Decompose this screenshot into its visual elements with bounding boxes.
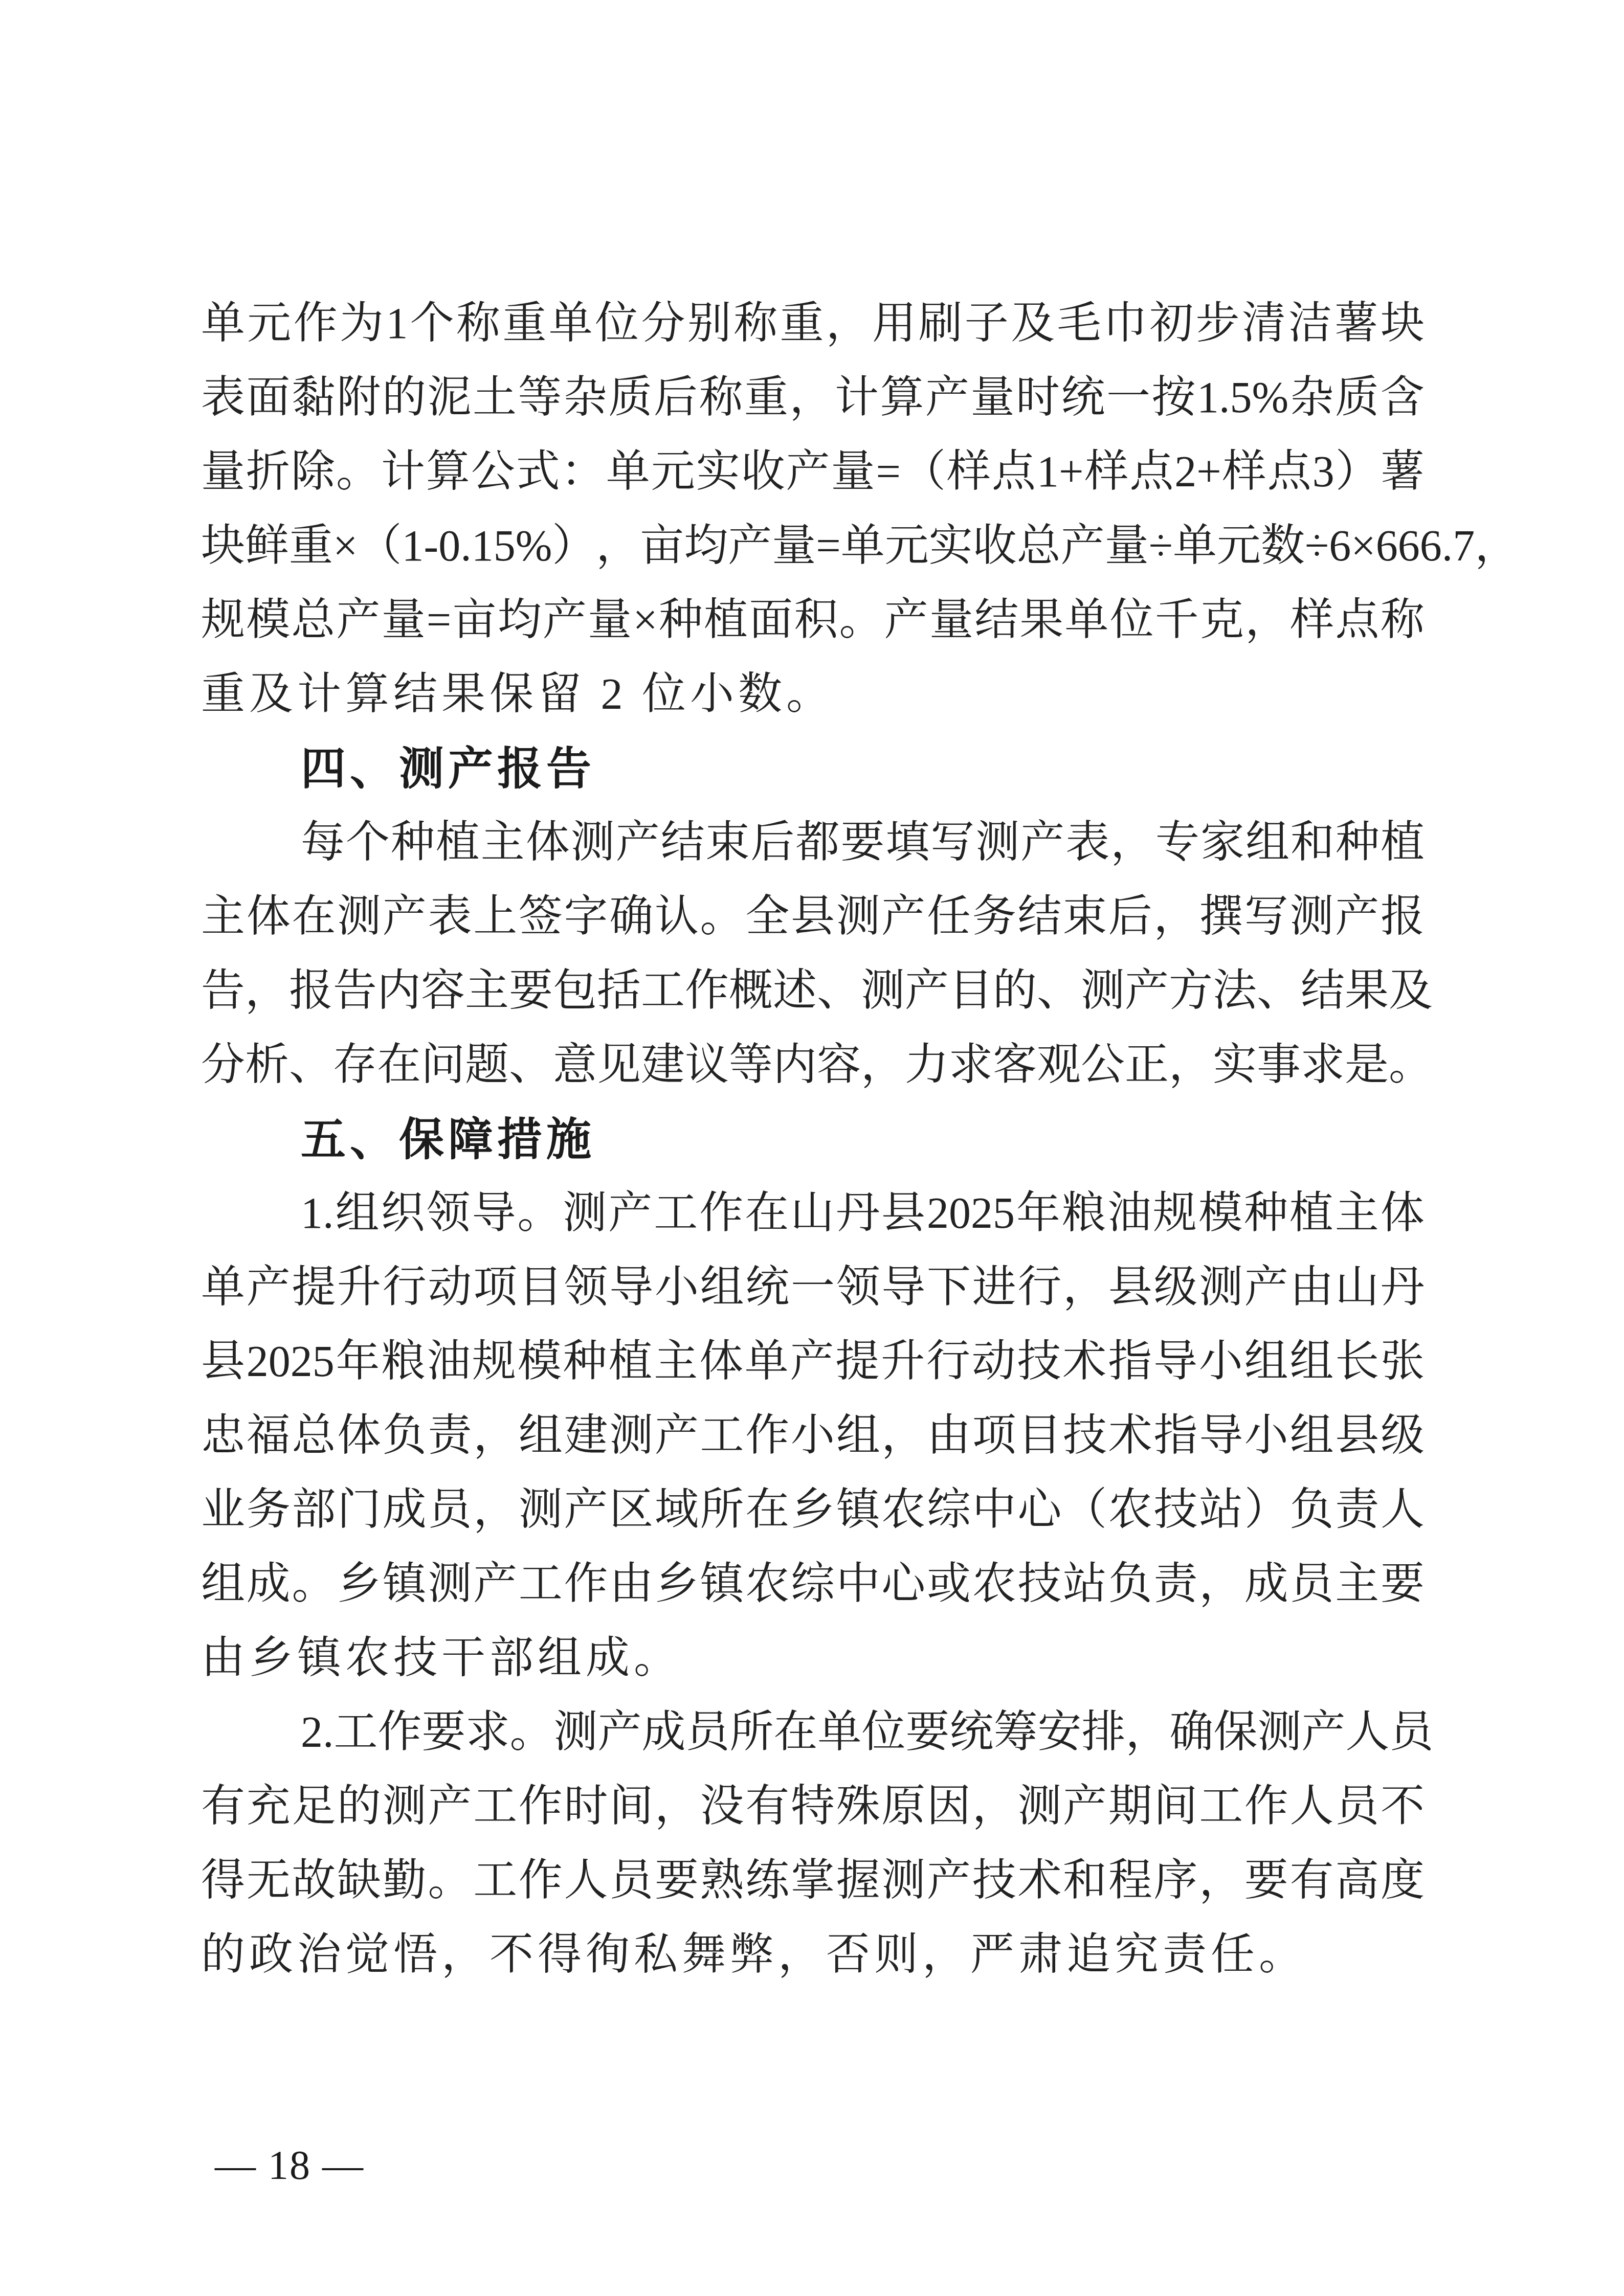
- text-token: 小: [1244, 1399, 1288, 1473]
- text-token: 组: [1244, 1324, 1288, 1399]
- text-token: 实: [696, 435, 740, 509]
- text-token: 人: [564, 1843, 608, 1918]
- text-token: 位: [862, 1695, 906, 1769]
- text-token: 初: [1149, 286, 1193, 361]
- text-token: 体: [699, 1324, 743, 1399]
- text-token: 杂: [563, 361, 607, 435]
- text-token: 单: [745, 1324, 789, 1399]
- text-token: 务: [247, 1473, 291, 1547]
- text-token: 按: [1152, 361, 1196, 435]
- text-token: 要: [509, 954, 553, 1028]
- text-token: 重: [780, 286, 824, 361]
- text-token: 得: [201, 1843, 245, 1918]
- text-token: 无: [247, 1843, 291, 1918]
- text-token: 见: [597, 1028, 641, 1102]
- text-token: 主: [1335, 1176, 1379, 1250]
- text-token: 报: [1381, 880, 1425, 954]
- text-token: ，: [1126, 1695, 1170, 1769]
- text-token: 产: [927, 1843, 971, 1918]
- text-token: 为: [340, 286, 384, 361]
- text-token: 议: [685, 1028, 729, 1102]
- text-token: 殊: [836, 1769, 880, 1843]
- text-token: 农: [972, 1547, 1016, 1621]
- text-token: 鲜: [245, 509, 289, 583]
- text-token: 程: [1108, 1843, 1152, 1918]
- text-token: 高: [1335, 1843, 1379, 1918]
- text-token: 项: [473, 1250, 517, 1324]
- text-token: 总: [1017, 509, 1061, 583]
- text-token: 产: [884, 583, 928, 657]
- text-line: 表面黏附的泥土等杂质后称重，计算产量时统一按1.5%杂质含: [201, 361, 1425, 435]
- text-token: 容: [817, 1028, 861, 1102]
- text-token: 有: [1290, 1843, 1334, 1918]
- text-token: 组: [201, 1547, 245, 1621]
- text-token: 测: [337, 880, 381, 954]
- text-token: 。: [292, 1547, 336, 1621]
- text-token: 负: [383, 1399, 427, 1473]
- text-token: 。: [510, 1695, 554, 1769]
- text-token: 导: [609, 1250, 653, 1324]
- text-token: 主: [201, 880, 245, 954]
- text-token: 门: [337, 1473, 381, 1547]
- text-token: 毛: [1057, 286, 1101, 361]
- text-token: 后: [751, 805, 795, 880]
- text-token: 种: [1244, 1176, 1288, 1250]
- text-token: 土: [473, 361, 517, 435]
- text-token: ，: [881, 1399, 925, 1473]
- text-token: 。: [428, 1843, 472, 1918]
- text-token: 总: [292, 1399, 336, 1473]
- text-token: 所: [730, 1695, 774, 1769]
- text-token: 签: [519, 880, 563, 954]
- text-token: 导: [1153, 1324, 1197, 1399]
- text-token: 升: [881, 1324, 925, 1399]
- text-token: 体: [526, 805, 570, 880]
- text-token: 及: [1011, 286, 1055, 361]
- text-token: 领: [564, 1250, 608, 1324]
- text-token: 镇: [836, 1473, 880, 1547]
- text-token: 指: [1108, 1324, 1152, 1399]
- text-token: 元: [885, 509, 929, 583]
- text-line: 块鲜重×（1-0.15%），亩均产量=单元实收总产量÷单元数÷6×666.7，: [201, 509, 1425, 583]
- text-token: 写: [1244, 880, 1288, 954]
- text-token: 产: [1020, 805, 1064, 880]
- text-token: 镇: [700, 1547, 744, 1621]
- text-token: 术: [1108, 1399, 1152, 1473]
- text-token: 单: [1064, 583, 1108, 657]
- text-token: 要: [1244, 1843, 1288, 1918]
- text-token: 主: [1335, 1547, 1379, 1621]
- text-token: 质: [609, 361, 653, 435]
- text-line: 主体在测产表上签字确认。全县测产任务结束后，撰写测产报: [201, 880, 1425, 954]
- text-token: 6: [1329, 509, 1351, 583]
- text-token: 产: [1125, 954, 1169, 1028]
- text-token: 植: [608, 1324, 652, 1399]
- text-token: 附: [337, 361, 381, 435]
- text-token: 要: [906, 1695, 950, 1769]
- text-line: 组成。乡镇测产工作由乡镇农综中心或农技站负责，成员主要: [201, 1547, 1425, 1621]
- text-token: 克: [1200, 583, 1244, 657]
- text-token: 666.7: [1376, 509, 1475, 583]
- text-token: 束: [1063, 880, 1107, 954]
- text-token: 量: [382, 583, 426, 657]
- text-token: 面: [247, 361, 291, 435]
- section-heading: 五、保障措施: [201, 1102, 1425, 1176]
- text-token: ，: [1153, 880, 1197, 954]
- text-token: 式: [516, 435, 560, 509]
- text-token: 足: [292, 1769, 336, 1843]
- text-token: 和: [1291, 805, 1334, 880]
- text-token: 产: [925, 361, 969, 435]
- text-token: 量: [971, 361, 1015, 435]
- text-token: 求: [466, 1695, 510, 1769]
- text-token: 提: [292, 1250, 336, 1324]
- text-token: 家: [1200, 805, 1244, 880]
- text-token: 量: [929, 583, 973, 657]
- text-token: 主: [654, 1324, 698, 1399]
- text-token: 黏: [292, 361, 336, 435]
- text-token: 组: [1245, 805, 1289, 880]
- text-token: 公: [1081, 1028, 1125, 1102]
- text-token: ×: [333, 509, 358, 583]
- text-token: 统: [950, 1695, 994, 1769]
- text-token: 组: [519, 1399, 563, 1473]
- text-token: 动: [428, 1250, 472, 1324]
- text-token: 洁: [1288, 286, 1332, 361]
- text-token: 由: [1290, 1250, 1334, 1324]
- text-token: 存: [333, 1028, 377, 1102]
- text-token: 成: [247, 1547, 291, 1621]
- text-token: 含: [1381, 361, 1425, 435]
- text-token: 心: [881, 1547, 925, 1621]
- text-token: 测: [519, 1473, 563, 1547]
- text-token: 。: [839, 583, 883, 657]
- text-token: 称: [699, 361, 743, 435]
- text-token: ，: [1199, 1843, 1243, 1918]
- text-token: 填: [885, 805, 929, 880]
- text-token: 测: [609, 1399, 653, 1473]
- text-token: 粮: [1062, 1176, 1106, 1250]
- text-token: 块: [201, 509, 245, 583]
- text-token: 产: [881, 880, 925, 954]
- text-token: 产: [728, 509, 772, 583]
- text-token: 包: [553, 954, 597, 1028]
- text-token: 级: [1381, 1399, 1425, 1473]
- text-token: 要: [655, 1843, 699, 1918]
- text-token: 小: [655, 1250, 699, 1324]
- text-token: 练: [745, 1843, 789, 1918]
- text-token: 产: [1061, 509, 1105, 583]
- text-token: 作: [699, 1176, 743, 1250]
- text-token: 数: [1261, 509, 1305, 583]
- text-token: 计: [381, 435, 425, 509]
- text-token: 方: [1169, 954, 1213, 1028]
- text-token: 2025: [927, 1176, 1015, 1250]
- text-token: 产: [247, 1250, 291, 1324]
- text-token: 农: [881, 1473, 925, 1547]
- text-token: 薯: [1334, 286, 1378, 361]
- text-token: 的: [993, 954, 1037, 1028]
- text-token: 植: [1381, 805, 1425, 880]
- text-token: 。: [1389, 1028, 1433, 1102]
- text-token: 单: [841, 509, 885, 583]
- text-token: 缺: [337, 1843, 381, 1918]
- text-token: 单: [818, 1695, 862, 1769]
- text-token: 要: [1381, 1547, 1425, 1621]
- text-token: 组: [700, 1250, 744, 1324]
- text-token: 亩: [453, 583, 497, 657]
- text-token: 熟: [700, 1843, 744, 1918]
- text-token: 指: [1153, 1399, 1197, 1473]
- text-token: 产: [383, 880, 427, 954]
- text-token: 在: [745, 1473, 789, 1547]
- text-token: 工: [519, 1547, 563, 1621]
- text-token: 测: [428, 1547, 472, 1621]
- text-token: 薯: [1381, 435, 1425, 509]
- text-token: 。: [517, 1176, 561, 1250]
- text-token: 量: [588, 583, 632, 657]
- text-token: 收: [973, 509, 1017, 583]
- text-token: 都: [795, 805, 839, 880]
- text-token: 等: [518, 361, 562, 435]
- text-token: ×: [1351, 509, 1376, 583]
- text-token: 业: [201, 1473, 245, 1547]
- text-token: 行: [926, 1324, 970, 1399]
- text-token: 镇: [383, 1547, 427, 1621]
- text-token: 意: [553, 1028, 597, 1102]
- text-token: 作: [378, 1695, 422, 1769]
- text-token: 技: [972, 1843, 1016, 1918]
- text-token: 植: [1289, 1176, 1333, 1250]
- text-token: 产: [598, 1695, 642, 1769]
- text-token: 筹: [994, 1695, 1038, 1769]
- text-token: 等: [729, 1028, 773, 1102]
- text-token: 丹: [1381, 1250, 1425, 1324]
- text-token: ，: [826, 286, 870, 361]
- text-line: 单产提升行动项目领导小组统一领导下进行，县级测产由山丹: [201, 1250, 1425, 1324]
- text-line: 分析、存在问题、意见建议等内容，力求客观公正，实事求是。: [201, 1028, 1425, 1102]
- text-token: 间: [1153, 1769, 1197, 1843]
- text-token: 农: [1108, 1473, 1152, 1547]
- text-token: （: [358, 509, 402, 583]
- text-token: 农: [745, 1547, 789, 1621]
- text-token: 实: [1213, 1028, 1257, 1102]
- text-token: ，: [1110, 805, 1154, 880]
- text-token: ）: [1336, 435, 1380, 509]
- text-token: 表: [201, 361, 245, 435]
- text-token: =: [427, 583, 452, 657]
- text-token: 主: [465, 954, 509, 1028]
- text-token: 特: [791, 1769, 835, 1843]
- text-token: 产: [655, 1399, 699, 1473]
- text-token: 力: [905, 1028, 949, 1102]
- text-token: 模: [518, 1324, 562, 1399]
- text-token: 均: [684, 509, 728, 583]
- text-token: ：: [561, 435, 605, 509]
- text-line: 业务部门成员，测产区域所在乡镇农综中心（农技站）负责人: [201, 1473, 1425, 1547]
- text-token: 元: [651, 435, 695, 509]
- text-token: 综: [927, 1473, 971, 1547]
- text-token: 提: [835, 1324, 879, 1399]
- text-token: 站: [1199, 1473, 1243, 1547]
- text-token: 组: [836, 1399, 880, 1473]
- text-token: ，: [972, 1769, 1016, 1843]
- text-token: 正: [1125, 1028, 1169, 1102]
- text-token: 心: [1017, 1473, 1061, 1547]
- text-token: 求: [949, 1028, 993, 1102]
- text-token: 组: [1289, 1324, 1333, 1399]
- text-token: （: [902, 435, 946, 509]
- text-token: 内: [377, 954, 421, 1028]
- text-token: 小: [791, 1399, 835, 1473]
- text-token: 量: [772, 509, 816, 583]
- text-token: 粮: [381, 1324, 425, 1399]
- text-token: 导: [1199, 1399, 1243, 1473]
- text-token: 员: [1390, 1695, 1434, 1769]
- text-token: 组: [1290, 1399, 1334, 1473]
- text-token: 测: [1258, 1695, 1302, 1769]
- text-token: 员: [1335, 1769, 1379, 1843]
- text-token: 量: [201, 435, 245, 509]
- text-token: ，: [1199, 1547, 1243, 1621]
- text-token: 产: [1063, 1769, 1107, 1843]
- text-token: 模: [246, 583, 290, 657]
- text-token: 2+: [1174, 435, 1221, 509]
- text-token: 忠: [201, 1399, 245, 1473]
- text-token: 结: [974, 583, 1018, 657]
- text-token: 表: [428, 880, 472, 954]
- text-token: 一: [1106, 361, 1150, 435]
- text-token: 测: [1081, 954, 1125, 1028]
- text-token: 客: [993, 1028, 1037, 1102]
- text-token: 规: [472, 1324, 516, 1399]
- page-footer: — 18 —: [215, 2137, 364, 2194]
- text-token: 技: [1063, 1399, 1107, 1473]
- text-token: 主: [481, 805, 525, 880]
- text-token: 域: [655, 1473, 699, 1547]
- text-token: 油: [1107, 1176, 1151, 1250]
- text-token: 束: [706, 805, 750, 880]
- text-token: 千: [1155, 583, 1199, 657]
- text-token: 测: [1199, 1250, 1243, 1324]
- text-token: 元: [1217, 509, 1261, 583]
- text-token: 面: [749, 583, 793, 657]
- text-token: ，: [473, 1473, 517, 1547]
- text-token: 法: [1213, 954, 1257, 1028]
- text-token: 作: [294, 286, 338, 361]
- text-token: 因: [927, 1769, 971, 1843]
- text-token: 作: [685, 954, 729, 1028]
- text-token: ，: [473, 1399, 517, 1473]
- text-token: ，: [1475, 509, 1519, 583]
- text-token: 原: [881, 1769, 925, 1843]
- text-token: 员: [428, 1473, 472, 1547]
- text-token: 认: [655, 880, 699, 954]
- text-token: 告: [201, 954, 245, 1028]
- text-token: 产: [790, 1324, 834, 1399]
- text-token: 综: [791, 1547, 835, 1621]
- text-token: 成: [642, 1695, 686, 1769]
- text-token: 析: [245, 1028, 289, 1102]
- text-token: 责: [1335, 1473, 1379, 1547]
- text-token: 子: [965, 286, 1009, 361]
- text-token: 作: [1244, 1769, 1288, 1843]
- text-token: 工: [654, 1176, 698, 1250]
- text-token: 2.: [301, 1695, 334, 1769]
- text-token: 表: [1065, 805, 1109, 880]
- text-token: 产: [608, 1176, 652, 1250]
- text-line: 有充足的测产工作时间，没有特殊原因，测产期间工作人员不: [201, 1769, 1425, 1843]
- text-line: 的政治觉悟，不得徇私舞弊，否则，严肃追究责任。: [201, 1918, 1425, 1992]
- text-token: 故: [292, 1843, 336, 1918]
- text-token: 报: [289, 954, 333, 1028]
- text-token: 全: [745, 880, 789, 954]
- text-token: 计: [835, 361, 879, 435]
- text-token: 1+: [1037, 435, 1084, 509]
- text-token: 实: [929, 509, 973, 583]
- text-token: 技: [1017, 1324, 1061, 1399]
- text-token: 要: [840, 805, 884, 880]
- text-token: 括: [597, 954, 641, 1028]
- text-token: 是: [1345, 1028, 1389, 1102]
- text-token: 掌: [791, 1843, 835, 1918]
- text-token: 单: [549, 286, 593, 361]
- text-token: 测: [563, 1176, 607, 1250]
- text-token: 刷: [919, 286, 963, 361]
- text-token: 工: [1199, 1769, 1243, 1843]
- text-token: 在: [745, 1176, 789, 1250]
- text-token: 由: [609, 1547, 653, 1621]
- text-token: 没: [700, 1769, 744, 1843]
- text-token: 张: [1381, 1324, 1425, 1399]
- text-token: 清: [1242, 286, 1286, 361]
- text-token: 部: [292, 1473, 336, 1547]
- text-token: ，: [655, 1769, 699, 1843]
- text-token: 度: [1381, 1843, 1425, 1918]
- text-token: 小: [1199, 1324, 1243, 1399]
- text-token: 织: [381, 1176, 425, 1250]
- text-token: 组: [335, 1176, 379, 1250]
- text-token: 县: [791, 880, 835, 954]
- text-token: 重: [502, 286, 546, 361]
- text-token: 述: [773, 954, 817, 1028]
- text-token: 安: [1038, 1695, 1082, 1769]
- text-line: 量折除。计算公式：单元实收产量=（样点1+样点2+样点3）薯: [201, 435, 1425, 509]
- text-line: 1.组织领导。测产工作在山丹县2025年粮油规模种植主体: [201, 1176, 1425, 1250]
- text-token: 工: [473, 1769, 517, 1843]
- text-token: 单: [201, 1250, 245, 1324]
- text-token: 3: [1312, 435, 1334, 509]
- text-token: 内: [773, 1028, 817, 1102]
- text-token: 样: [1222, 435, 1266, 509]
- text-line: 重及计算结果保留 2 位小数。: [201, 657, 1425, 731]
- text-token: 人: [1346, 1695, 1390, 1769]
- text-token: 序: [1153, 1843, 1197, 1918]
- text-token: 规: [201, 583, 245, 657]
- text-line: 得无故缺勤。工作人员要熟练掌握测产技术和程序，要有高度: [201, 1843, 1425, 1918]
- text-token: 算: [880, 361, 924, 435]
- text-token: ÷: [1149, 509, 1173, 583]
- text-token: 算: [426, 435, 470, 509]
- text-token: 产: [786, 435, 830, 509]
- text-token: 和: [1063, 1843, 1107, 1918]
- text-token: 统: [745, 1250, 789, 1324]
- text-token: 在: [774, 1695, 818, 1769]
- text-token: 规: [1153, 1176, 1197, 1250]
- text-token: 人: [1381, 1473, 1425, 1547]
- text-line: 告，报告内容主要包括工作概述、测产目的、测产方法、结果及: [201, 954, 1425, 1028]
- text-token: 体: [247, 880, 291, 954]
